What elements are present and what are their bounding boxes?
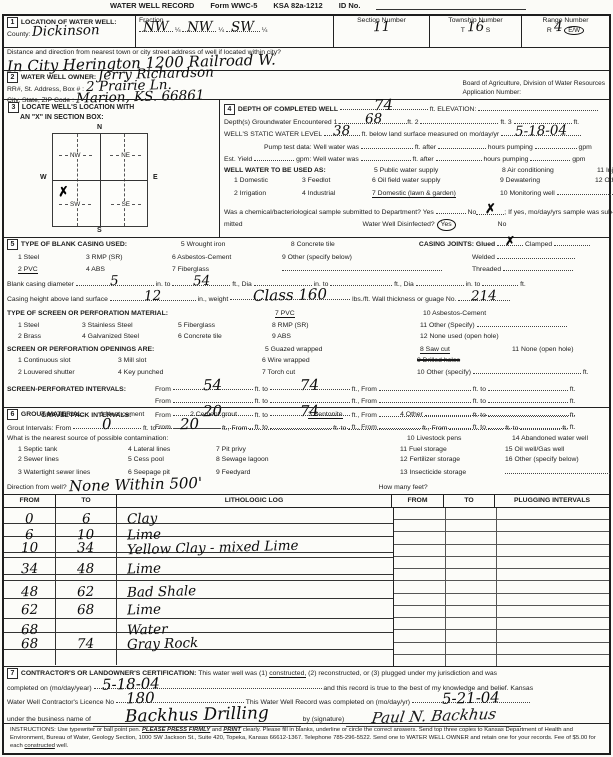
fraction-cell: Fraction NW ¼ NW ¼ SW ¼ (136, 16, 334, 47)
casing-opt-4: 4 ABS (86, 265, 172, 276)
static-level-value: 38 (333, 127, 350, 135)
plugging-row (394, 508, 609, 520)
ft3-label: ft. 3 (500, 119, 511, 126)
disinfected-label: Water Well Disinfected? (363, 221, 435, 228)
elevation-label: ft. ELEVATION: (430, 106, 477, 113)
well-water-label: Well water was (313, 156, 359, 163)
gpm-label: gpm (572, 156, 585, 163)
plugging-intervals-rows (393, 508, 609, 666)
section-diagram: N S W E NW NE SW SE ✗ (34, 124, 174, 236)
casing-opt-9: 9 Other (specify below) (282, 253, 472, 264)
ft-to-label: ft. to (255, 398, 268, 405)
cert-line2-tail: and this record is true to the best of m… (323, 685, 533, 692)
screen-opt-6: 6 Concrete tile (178, 332, 272, 343)
plugging-row (394, 655, 609, 666)
cert-line1b: (2) reconstructed, or (3) plugged under … (308, 670, 497, 677)
groundwater-label: Depth(s) Groundwater Encountered (224, 119, 332, 126)
ft-to-label: ft. to (473, 398, 486, 405)
direction-label: Direction from well? (7, 484, 67, 491)
use-opt-4: 4 Industrial (302, 189, 372, 200)
use-opt-5: 5 Public water supply (374, 166, 502, 177)
id-label: ID No. (339, 1, 361, 10)
use-opt-6: 6 Oil field water supply (372, 176, 500, 187)
ft-label: ft. (574, 119, 580, 126)
contam-opt-15: 15 Oil well/Gas well (505, 446, 564, 453)
ft-label: ft. (520, 281, 526, 288)
openings-title: SCREEN OR PERFORATION OPENINGS ARE: (7, 345, 265, 356)
contam-opt-7: 7 Pit privy (216, 445, 400, 456)
water-well-record-form: WATER WELL RECORD Form WWC-5 KSA 82a-121… (0, 0, 613, 757)
static-tail-label: ft. below land surface measured on mo/da… (362, 131, 500, 138)
form-body: 1LOCATION OF WATER WELL: County: Dickins… (2, 14, 611, 755)
contam-opt-10: 10 Livestock pens (407, 434, 512, 445)
how-many-feet-label: How many feet? (379, 484, 428, 491)
col-to-2: TO (444, 495, 495, 507)
screen-opt-5: 5 Fiberglass (178, 321, 272, 332)
casing-diameter-label: Blank casing diameter (7, 281, 74, 288)
litho-to: 6 (82, 515, 91, 523)
from-label: From (155, 386, 171, 393)
ft-label: ft. (570, 386, 576, 393)
ft-from-label: ft., From (222, 425, 247, 432)
ft-to-label: ft. to (143, 425, 156, 432)
ft-dia-label: ft., Dia (394, 281, 414, 288)
section7-number: 7 (7, 668, 18, 679)
open-opt-1: 1 Continuous slot (18, 356, 118, 367)
grout-to: 20 (179, 419, 198, 427)
quadrant-se: SE (122, 201, 130, 208)
casing-opt-7: 7 Fiberglass (172, 265, 282, 276)
litho-desc: Yellow Clay - mixed Lime (127, 542, 299, 554)
section1-location-row: 1LOCATION OF WATER WELL: County: Dickins… (4, 16, 609, 47)
casing-diameter-to-value: 54 (193, 276, 210, 284)
contam-opt-12: 12 Fertilizer storage (400, 455, 505, 466)
licence-number: 180 (126, 694, 155, 703)
open-opt-9-struck: 9 Drilled holes (417, 357, 460, 364)
casing-section: 5TYPE OF BLANK CASING USED:5 Wrought iro… (4, 237, 609, 407)
groundwater-1-value: 68 (365, 114, 382, 122)
quarter-glyph: ¼ (262, 27, 268, 34)
township-cell: Township Number T 16 S (430, 16, 522, 47)
range-cell: Range Number R 4 E/W (522, 16, 609, 47)
hours-label: hours pumping (483, 156, 528, 163)
measured-date-value: 5-18-04 (515, 126, 567, 135)
litho-to: 10 (77, 531, 94, 539)
screen-opt-10: 10 Asbestos-Cement (423, 309, 486, 320)
litho-from: 10 (21, 544, 38, 552)
direction-value: None Within 500' (69, 476, 319, 491)
casing-opt-6: 6 Asbestos-Cement (172, 253, 282, 264)
litho-from: 0 (25, 515, 34, 523)
col-plugging-intervals: PLUGGING INTERVALS (495, 495, 609, 507)
plugging-row (394, 606, 609, 618)
litho-to: 48 (77, 565, 94, 573)
quarter-glyph: ¼ (175, 27, 181, 34)
grout-title: GROUT MATERIAL: (21, 411, 84, 418)
instructions-g: well. (57, 743, 69, 749)
sample-no-label: No (468, 209, 477, 216)
litho-row: 4862Bad Shale (4, 581, 393, 599)
in-to-label: in. to (466, 281, 481, 288)
casing-opt-5: 5 Wrought iron (181, 240, 291, 251)
col-from-2: FROM (392, 495, 444, 507)
litho-desc: Bad Shale (127, 587, 196, 597)
licence-label: Water Well Contractor's Licence No (7, 699, 114, 706)
litho-row: 3448Lime (4, 558, 393, 575)
well-water-label: Well water was (314, 144, 360, 151)
casing-opt-1: 1 Steel (18, 253, 86, 264)
open-opt-4: 4 Key punched (118, 368, 262, 379)
ft-from-label: ft., From (352, 398, 377, 405)
litho-desc: Gray Rock (127, 639, 198, 649)
ft-label: ft. (583, 369, 589, 376)
screen-interval-from: 54 (203, 380, 222, 388)
plugging-row (394, 643, 609, 655)
township-t: T (461, 27, 465, 34)
section4-number: 4 (224, 104, 235, 115)
grout-opt-2: 2 Cement grout (190, 410, 308, 421)
open-opt-6: 6 Wire wrapped (262, 356, 417, 367)
grout-opt-4: 4 Other (400, 411, 423, 418)
ft-to-label: ft. to (473, 386, 486, 393)
screen-opt-2: 2 Brass (18, 332, 82, 343)
grout-opt-3-selected: 3 Bentonite (308, 411, 342, 419)
plugging-row (394, 532, 609, 544)
locate-title-1: LOCATE WELL'S LOCATION WITH (22, 104, 134, 111)
form-number: Form WWC-5 (210, 1, 257, 10)
sample-question: Was a chemical/bacteriological sample su… (224, 209, 434, 216)
ft-label: ft. (570, 398, 576, 405)
litho-to: 68 (77, 606, 94, 614)
section-number-cell: Section Number 11 (334, 16, 430, 47)
litho-from: 68 (21, 626, 38, 634)
township-value: 16 (467, 23, 484, 31)
sample-no-mark: ✗ (485, 206, 496, 214)
ft-dia-label: ft., Dia (232, 281, 252, 288)
casing-height-value: 12 (144, 292, 161, 300)
litho-row-empty (4, 650, 393, 665)
contam-opt-8: 8 Sewage lagoon (216, 455, 400, 466)
section-box-locator: 3LOCATE WELL'S LOCATION WITH AN "X" IN S… (4, 100, 220, 237)
litho-from: 68 (21, 640, 38, 648)
in-to-label: in. to (156, 281, 171, 288)
weight-value: Class 160 (253, 290, 327, 300)
locate-title-2: AN "X" IN SECTION BOX: (8, 113, 215, 122)
litho-row: 6268Lime (4, 599, 393, 619)
section-square: NW NE SW SE ✗ (52, 133, 148, 227)
casing-joints-label: CASING JOINTS: Glued (419, 241, 495, 248)
instructions-and: and (212, 727, 222, 733)
depth-section: 4DEPTH OF COMPLETED WELL 74 ft. ELEVATIO… (220, 100, 609, 237)
plugging-row (394, 594, 609, 606)
litho-row: 6874Gray Rock (4, 633, 393, 650)
gpm-label: gpm (579, 144, 592, 151)
ft-to-label: ft. to (255, 386, 268, 393)
litho-row: 06Clay (4, 508, 393, 524)
use-opt-1: 1 Domestic (234, 176, 302, 187)
after-label: ft. after (413, 156, 434, 163)
business-name-label: under the business name of (7, 716, 91, 723)
form-header: WATER WELL RECORD Form WWC-5 KSA 82a-121… (110, 1, 605, 10)
board-of-agriculture-text: Board of Agriculture, Division of Water … (463, 80, 605, 89)
use-opt-3: 3 Feedlot (302, 176, 372, 187)
from-label: From (155, 398, 171, 405)
cert-line1a: This water well was (1) (198, 670, 267, 677)
quadrant-nw: NW (70, 152, 81, 159)
instructions-print: PRINT (223, 727, 241, 733)
litho-from: 62 (21, 606, 38, 614)
screen-opt-7-selected: 7 PVC (275, 310, 295, 318)
sample-tail: ; If yes, mo/day/yrs sample was sub- (504, 209, 613, 216)
ft-from-label: ft., From (352, 386, 377, 393)
instructions-block: INSTRUCTIONS: Use typewriter or ball poi… (4, 723, 609, 757)
welded-label: Welded (472, 254, 495, 261)
contam-opt-11: 11 Fuel storage (400, 445, 505, 456)
sample-tail-2: mitted (224, 221, 243, 228)
gauge-value: 214 (471, 292, 497, 301)
threaded-label: Threaded (472, 266, 501, 273)
screen-opt-12: 12 None used (open hole) (420, 333, 499, 340)
well-location-x-mark: ✗ (57, 183, 70, 200)
range-label: Range Number (525, 17, 606, 24)
owner-address-label: RR#, St. Address, Box # : (7, 86, 84, 93)
compass-n: N (97, 124, 102, 131)
table-header-row: FROM TO LITHOLOGIC LOG FROM TO PLUGGING … (4, 495, 609, 508)
ft2-label: ft. 2 (407, 119, 418, 126)
glued-x-mark: ✗ (505, 237, 515, 245)
plugging-row (394, 557, 609, 569)
contam-opt-4: 4 Lateral lines (128, 445, 216, 456)
plugging-row (394, 545, 609, 557)
disinfected-yes-circled: Yes (437, 219, 456, 232)
quadrant-sw: SW (70, 201, 80, 208)
use-opt-12: 12 Other (Specify below) (595, 176, 613, 187)
section1-number: 1 (7, 17, 18, 28)
litho-to: 62 (77, 588, 94, 596)
casing-opt-2-selected: 2 PVC (18, 266, 38, 274)
compass-s: S (97, 227, 102, 234)
distance-row: Distance and direction from nearest town… (4, 47, 609, 70)
lithologic-rows: 06Clay 610Lime 1034Yellow Clay - mixed L… (4, 508, 393, 666)
compass-w: W (40, 174, 47, 181)
township-s: S (486, 27, 491, 34)
litho-row: 1034Yellow Clay - mixed Lime (4, 537, 393, 553)
use-opt-7-selected: 7 Domestic (lawn & garden) (372, 190, 456, 198)
contam-opt-13: 13 Insecticide storage (400, 468, 505, 479)
county-label: County: (7, 31, 30, 38)
instructions-a: INSTRUCTIONS: Use typewriter or ball poi… (10, 727, 140, 733)
litho-row: 68Water (4, 619, 393, 633)
litho-desc: Lime (127, 606, 161, 615)
lithologic-table: FROM TO LITHOLOGIC LOG FROM TO PLUGGING … (4, 494, 609, 666)
screen-opt-1: 1 Steel (18, 321, 82, 332)
depth-completed-label: DEPTH OF COMPLETED WELL (238, 106, 338, 113)
disinfected-no: No (498, 221, 507, 228)
completed-on-label: completed on (mo/day/year) (7, 685, 92, 692)
open-opt-10: 10 Other (specify) (417, 369, 471, 376)
casing-opt-3: 3 RMP (SR) (86, 253, 172, 264)
screen-opt-3: 3 Stainless Steel (82, 321, 178, 332)
weight-label: in., weight (198, 296, 229, 303)
col-lithologic-log: LITHOLOGIC LOG (117, 495, 392, 507)
section3-number: 3 (8, 102, 19, 113)
completed-date: 5-18-04 (101, 679, 159, 689)
plugging-row (394, 520, 609, 532)
form-title: WATER WELL RECORD (110, 1, 194, 10)
screen-opt-11: 11 Other (Specify) (420, 322, 475, 329)
open-opt-3: 3 Mill slot (118, 356, 262, 367)
signature-label: by (signature) (303, 716, 345, 723)
section5-number: 5 (7, 239, 18, 250)
fraction-q1: NW (143, 23, 169, 32)
litho-desc: Lime (127, 531, 161, 540)
ft-to-label: ft. to (333, 425, 346, 432)
record-completed-label: This Water Well Record was completed on … (246, 699, 410, 706)
use-opt-10: 10 Monitoring well (500, 189, 555, 200)
county-cell: 1LOCATION OF WATER WELL: County: Dickins… (4, 16, 136, 47)
grout-section: 6GROUT MATERIAL: 1 Neat cement2 Cement g… (4, 407, 609, 494)
plugging-row (394, 618, 609, 630)
constructed-selected: constructed, (269, 670, 306, 678)
screen-opt-9: 9 ABS (272, 332, 420, 343)
section2-number: 2 (7, 72, 18, 83)
contamination-question: What is the nearest source of possible c… (7, 434, 407, 445)
business-name: Backhus Drilling (125, 709, 269, 721)
weight-tail-label: lbs./ft. Wall thickness or guage No. (352, 296, 456, 303)
certification-section: 7CONTRACTOR'S OR LANDOWNER'S CERTIFICATI… (4, 666, 609, 723)
screen-material-title: TYPE OF SCREEN OR PERFORATION MATERIAL: (7, 309, 275, 320)
contam-opt-14: 14 Abandoned water well (512, 435, 588, 442)
pump-test-label: Pump test data: (264, 144, 312, 151)
col-from: FROM (4, 495, 56, 507)
section34-row: 3LOCATE WELL'S LOCATION WITH AN "X" IN S… (4, 99, 609, 237)
screen-opt-8: 8 RMP (SR) (272, 321, 420, 332)
open-opt-5: 5 Guazed wrapped (265, 345, 420, 356)
section6-number: 6 (7, 409, 18, 420)
section-number-value: 11 (373, 23, 390, 31)
depth-completed-value: 74 (374, 101, 393, 109)
application-number-label: Application Number: (463, 89, 605, 98)
grout-intervals-label: Grout Intervals: (7, 425, 53, 432)
litho-from: 34 (21, 565, 38, 573)
county-value: Dickinson (32, 26, 100, 36)
clamped-label: Clamped (525, 241, 552, 248)
quadrant-ne: NE (121, 152, 130, 159)
owner-section: 2WATER WELL OWNER: Jerry Richardson RR#,… (4, 70, 609, 99)
casing-height-label: Casing height above land surface (7, 296, 108, 303)
quarter-glyph: ¼ (218, 27, 224, 34)
est-yield-label: Est. Yield (224, 156, 252, 163)
litho-to: 74 (77, 640, 94, 648)
instructions-press-firmly: PLEASE PRESS FIRMLY (142, 727, 210, 733)
casing-diameter-value: 5 (110, 276, 119, 284)
contam-opt-16: 16 Other (specify below) (505, 456, 579, 463)
ft-label: ft. (562, 425, 568, 432)
screen-intervals-label: SCREEN-PERFORATED INTERVALS: (7, 385, 155, 396)
range-r: R (547, 27, 552, 34)
compass-e: E (153, 174, 158, 181)
ft-to-label: ft. to (505, 425, 518, 432)
use-opt-11: 11 Injection well (597, 166, 613, 177)
record-completed-date: 5-21-04 (442, 693, 500, 703)
open-opt-11: 11 None (open hole) (512, 346, 573, 353)
litho-from: 6 (25, 531, 34, 539)
after-label: ft. after (415, 144, 436, 151)
col-to: TO (56, 495, 117, 507)
blank-casing-title: TYPE OF BLANK CASING USED: (21, 240, 181, 251)
instructions-constructed: constructed (24, 743, 54, 749)
use-opt-2: 2 Irrigation (234, 189, 302, 200)
litho-from: 48 (21, 588, 38, 596)
hours-label: hours pumping (488, 144, 533, 151)
open-opt-8-selected: 8 Saw cut (420, 346, 450, 354)
plugging-row (394, 569, 609, 581)
range-ew-circled: E/W (564, 26, 584, 35)
fraction-q3: SW (231, 23, 254, 32)
center-horizontal-line (53, 180, 147, 181)
open-opt-7: 7 Torch cut (262, 368, 417, 379)
screen-opt-4: 4 Galvanized Steel (82, 332, 178, 343)
litho-desc: Lime (127, 565, 161, 574)
contam-opt-1: 1 Septic tank (18, 445, 128, 456)
open-opt-2: 2 Louvered shutter (18, 368, 118, 379)
screen-interval-to: 74 (300, 380, 319, 388)
plugging-row (394, 630, 609, 642)
use-as-label: WELL WATER TO BE USED AS: (224, 166, 374, 177)
fraction-q2: NW (186, 23, 212, 32)
litho-to: 34 (77, 544, 94, 552)
ft-from-label: ft., From (422, 425, 447, 432)
plugging-row (394, 581, 609, 593)
grout-from: 0 (102, 419, 112, 427)
casing-opt-8: 8 Concrete tile (291, 240, 419, 251)
signature-value: Paul N. Backhus (371, 707, 497, 724)
form-statute: KSA 82a-1212 (273, 1, 322, 10)
litho-desc: Water (127, 625, 168, 634)
litho-desc: Clay (127, 515, 158, 524)
from-label: From (55, 425, 71, 432)
litho-row: 610Lime (4, 524, 393, 537)
use-opt-8: 8 Air conditioning (502, 166, 597, 177)
gpm-colon-label: gpm: (296, 156, 311, 163)
static-level-label: WELL'S STATIC WATER LEVEL (224, 131, 322, 138)
contam-opt-5: 5 Cess pool (128, 455, 216, 466)
id-blank-line (376, 1, 526, 10)
use-opt-9: 9 Dewatering (500, 176, 595, 187)
contam-opt-2: 2 Sewer lines (18, 455, 128, 466)
range-value: 4 (554, 23, 563, 31)
